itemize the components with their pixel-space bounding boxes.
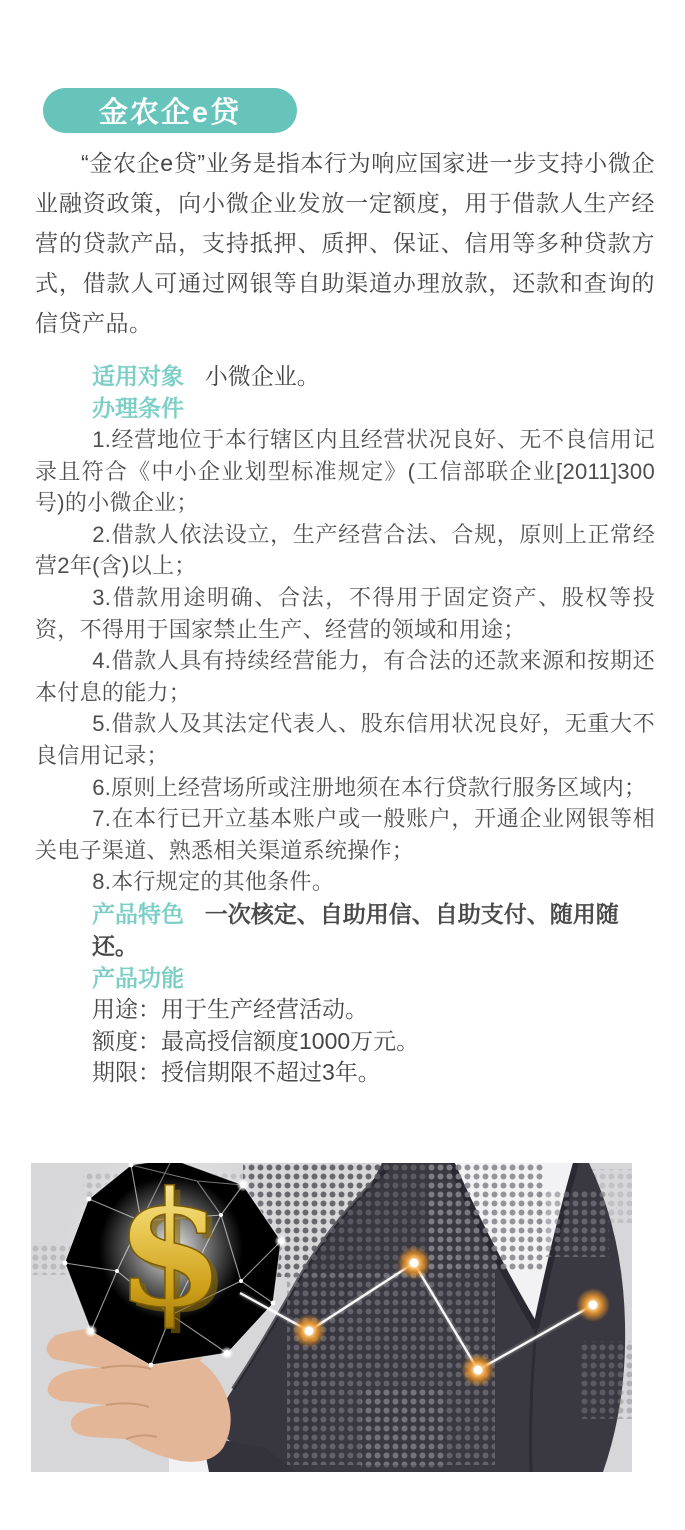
condition-item: 1.经营地位于本行辖区内且经营状况良好、无不良信用记录且符合《中小企业划型标准规… xyxy=(35,424,655,519)
conditions-label: 办理条件 xyxy=(92,395,184,421)
section-functions-heading: 产品功能 xyxy=(35,962,655,994)
promo-photo: $ $ xyxy=(31,1163,632,1472)
section-conditions-heading: 办理条件 xyxy=(35,392,655,424)
chart-node xyxy=(461,1353,495,1387)
text-column: “金农企e贷”业务是指本行为响应国家进一步支持小微企业融资政策，向小微企业发放一… xyxy=(35,143,655,1089)
intro-paragraph: “金农企e贷”业务是指本行为响应国家进一步支持小微企业融资政策，向小微企业发放一… xyxy=(35,143,655,343)
dollar-sign-icon: $ $ xyxy=(99,1163,243,1348)
target-value: 小微企业。 xyxy=(205,363,320,389)
condition-item: 7.在本行已开立基本账户或一般账户，开通企业网银等相关电子渠道、熟悉相关渠道系统… xyxy=(35,803,655,866)
condition-item: 3.借款用途明确、合法，不得用于固定资产、股权等投资，不得用于国家禁止生产、经营… xyxy=(35,582,655,645)
condition-item: 4.借款人具有持续经营能力，有合法的还款来源和按期还本付息的能力； xyxy=(35,645,655,708)
chart-node xyxy=(292,1314,326,1348)
function-row-amount: 额度：最高授信额度1000万元。 xyxy=(35,1026,655,1058)
target-label: 适用对象 xyxy=(92,363,184,389)
chart-node xyxy=(576,1288,610,1322)
product-title-badge: 金农企e贷 xyxy=(43,88,297,133)
features-label: 产品特色 xyxy=(92,901,184,927)
function-row-term: 期限：授信期限不超过3年。 xyxy=(35,1057,655,1089)
section-target: 适用对象小微企业。 xyxy=(35,360,655,392)
condition-item: 8.本行规定的其他条件。 xyxy=(35,866,655,898)
condition-item: 2.借款人依法设立，生产经营合法、合规，原则上正常经营2年(含)以上； xyxy=(35,519,655,582)
flyer-page: 金农企e贷 “金农企e贷”业务是指本行为响应国家进一步支持小微企业融资政策，向小… xyxy=(0,0,685,1530)
chart-node xyxy=(397,1246,431,1280)
function-row-usage: 用途：用于生产经营活动。 xyxy=(35,994,655,1026)
condition-item: 6.原则上经营场所或注册地须在本行贷款行服务区域内； xyxy=(35,772,655,804)
product-title: 金农企e贷 xyxy=(99,90,241,131)
svg-text:$: $ xyxy=(115,1163,225,1343)
functions-label: 产品功能 xyxy=(92,965,184,991)
condition-item: 5.借款人及其法定代表人、股东信用状况良好，无重大不良信用记录； xyxy=(35,708,655,771)
section-features: 产品特色一次核定、自助用信、自助支付、随用随还。 xyxy=(35,898,655,962)
